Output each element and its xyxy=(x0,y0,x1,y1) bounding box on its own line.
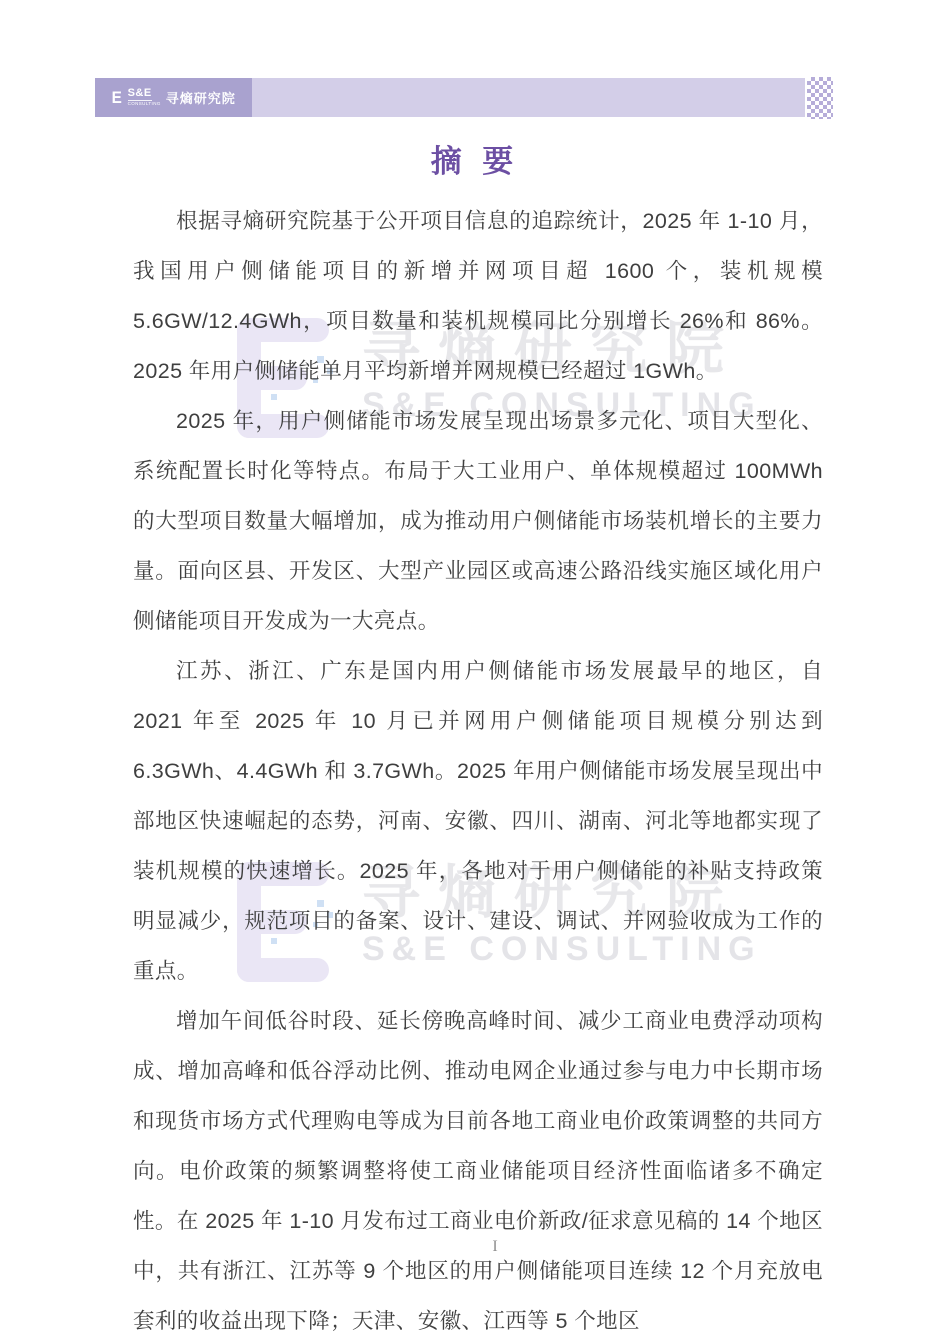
company-logo: E S&E CONSULTING 寻熵研究院 xyxy=(95,78,252,117)
abstract-paragraph-4: 增加午间低谷时段、延长傍晚高峰时间、减少工商业电费浮动项构成、增加高峰和低谷浮动… xyxy=(133,996,823,1344)
logo-chinese-name: 寻熵研究院 xyxy=(166,88,236,107)
header-bar: E S&E CONSULTING 寻熵研究院 xyxy=(95,78,805,117)
logo-e-icon: E xyxy=(112,89,122,106)
page-title: 摘 要 xyxy=(0,136,950,181)
abstract-paragraph-2: 2025 年，用户侧储能市场发展呈现出场景多元化、项目大型化、系统配置长时化等特… xyxy=(133,396,823,646)
logo-sne-text: S&E xyxy=(128,88,152,101)
abstract-paragraph-1: 根据寻熵研究院基于公开项目信息的追踪统计，2025 年 1-10 月，我国用户侧… xyxy=(133,196,823,396)
logo-consulting-text: CONSULTING xyxy=(128,102,161,107)
abstract-paragraph-3: 江苏、浙江、广东是国内用户侧储能市场发展最早的地区，自 2021 年至 2025… xyxy=(133,646,823,996)
logo-sne-block: S&E CONSULTING xyxy=(128,88,161,107)
abstract-body: 根据寻熵研究院基于公开项目信息的追踪统计，2025 年 1-10 月，我国用户侧… xyxy=(133,196,823,1344)
header-halftone-pattern xyxy=(807,77,833,119)
